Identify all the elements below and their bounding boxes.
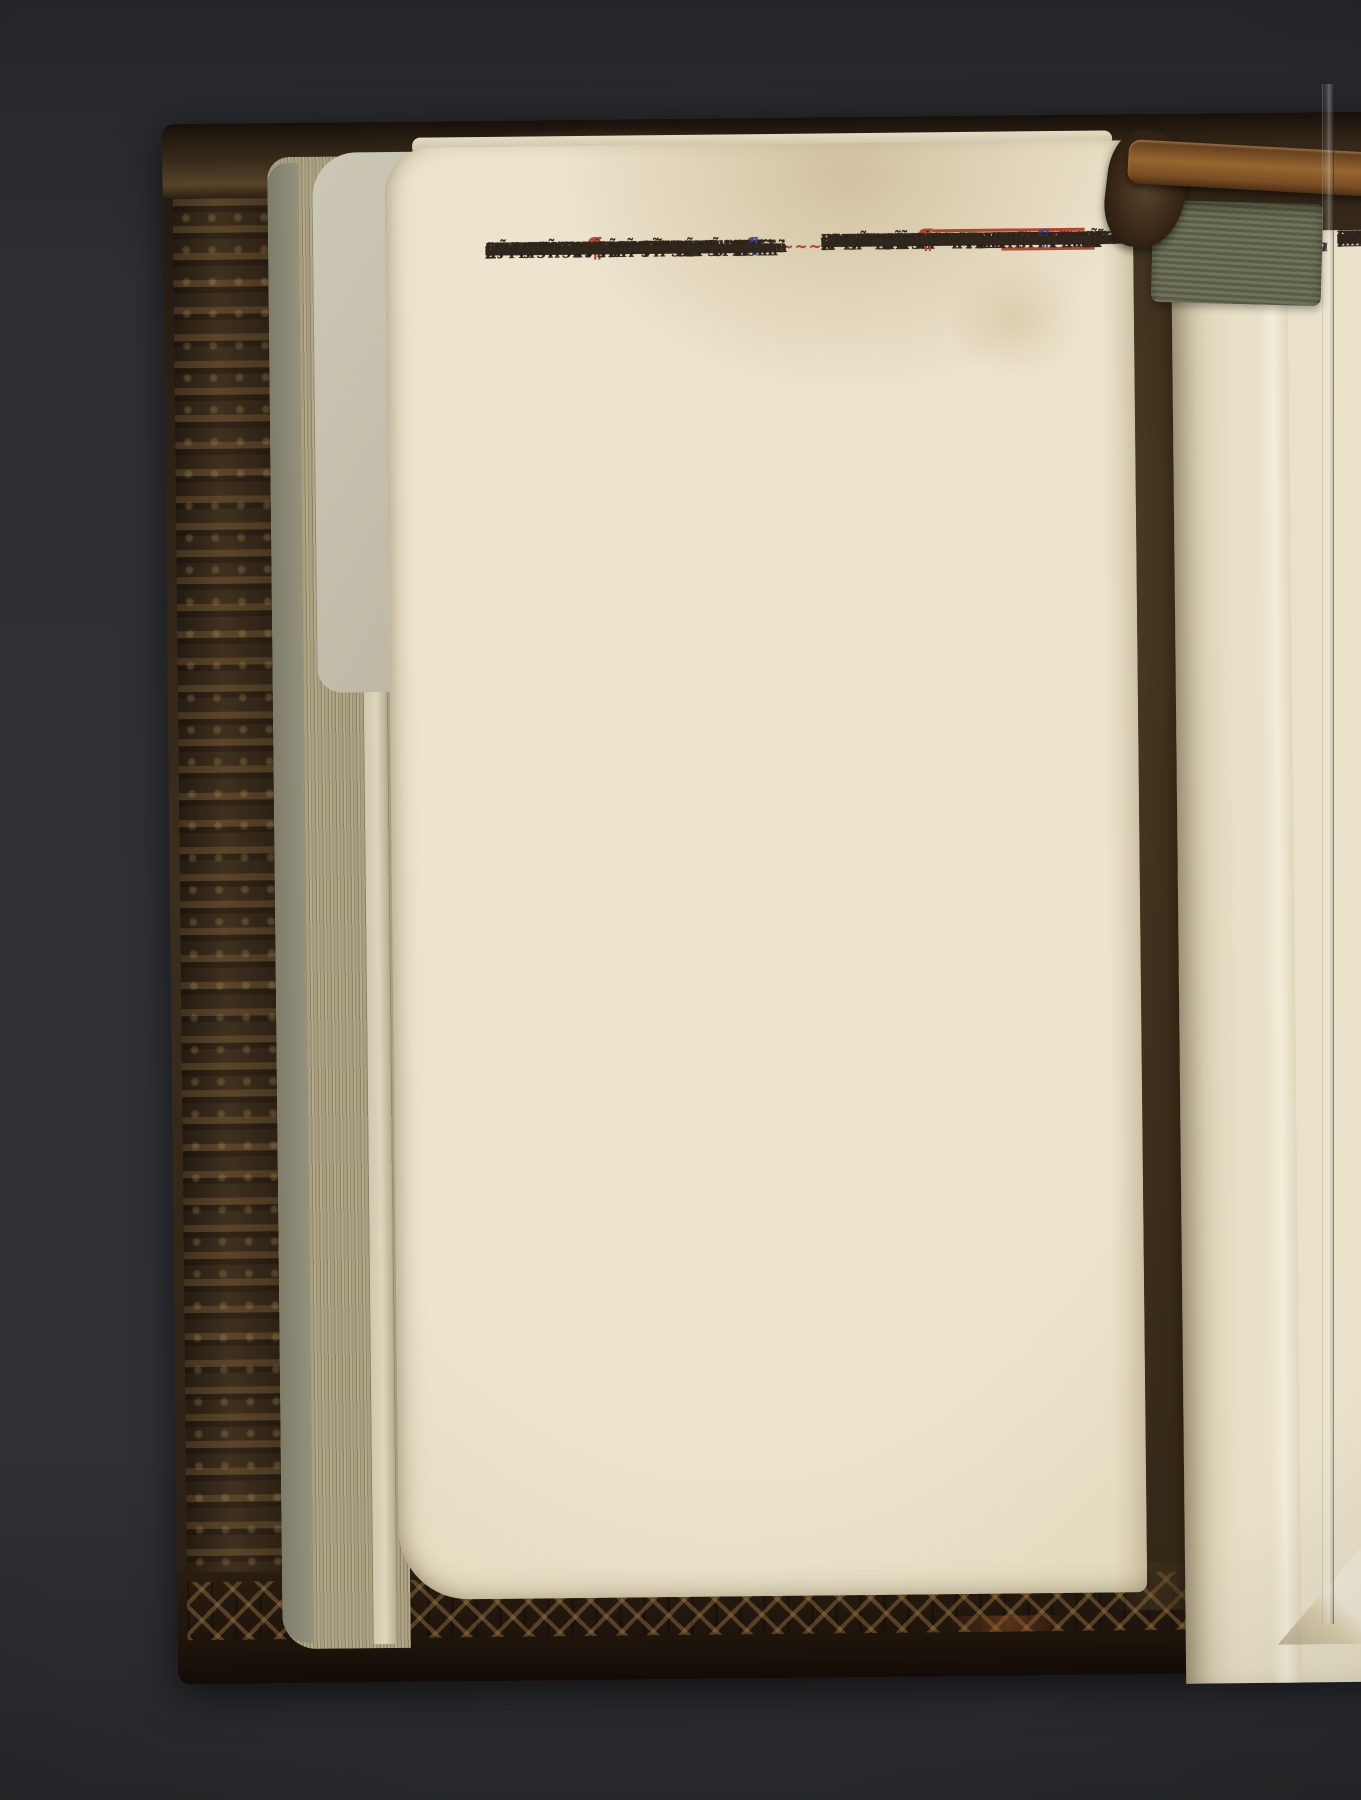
manuscript-left-page: ab hijs qui seuiciam bestie tenent~~~~7 … <box>384 140 1147 1600</box>
manuscript-text-line: qd̃ cultores suos uiuant in eis que <box>485 233 758 263</box>
text-column-left: ab hijs qui seuiciam bestie tenent~~~~7 … <box>485 233 788 236</box>
leather-wear-streak <box>948 1615 1068 1632</box>
parchment-stain <box>945 261 1086 382</box>
text-column-right: que mala sunt. ut patet ex scriptismagic… <box>821 224 1126 227</box>
glass-sheet-edge <box>1322 84 1334 1624</box>
sliver-text-outer: lis rstellar. maprom. fuunufi hes inlam.… <box>1337 224 1361 1680</box>
manuscript-book: ab hijs qui seuiciam bestie tenent~~~~7 … <box>162 112 1361 1685</box>
manuscript-text-line: mox. uel bonox. uel malox. in hoib3 <box>821 224 1108 254</box>
photo-backdrop: ab hijs qui seuiciam bestie tenent~~~~7 … <box>0 0 1361 1800</box>
sliver-text-fragment: hoi <box>1337 224 1361 252</box>
